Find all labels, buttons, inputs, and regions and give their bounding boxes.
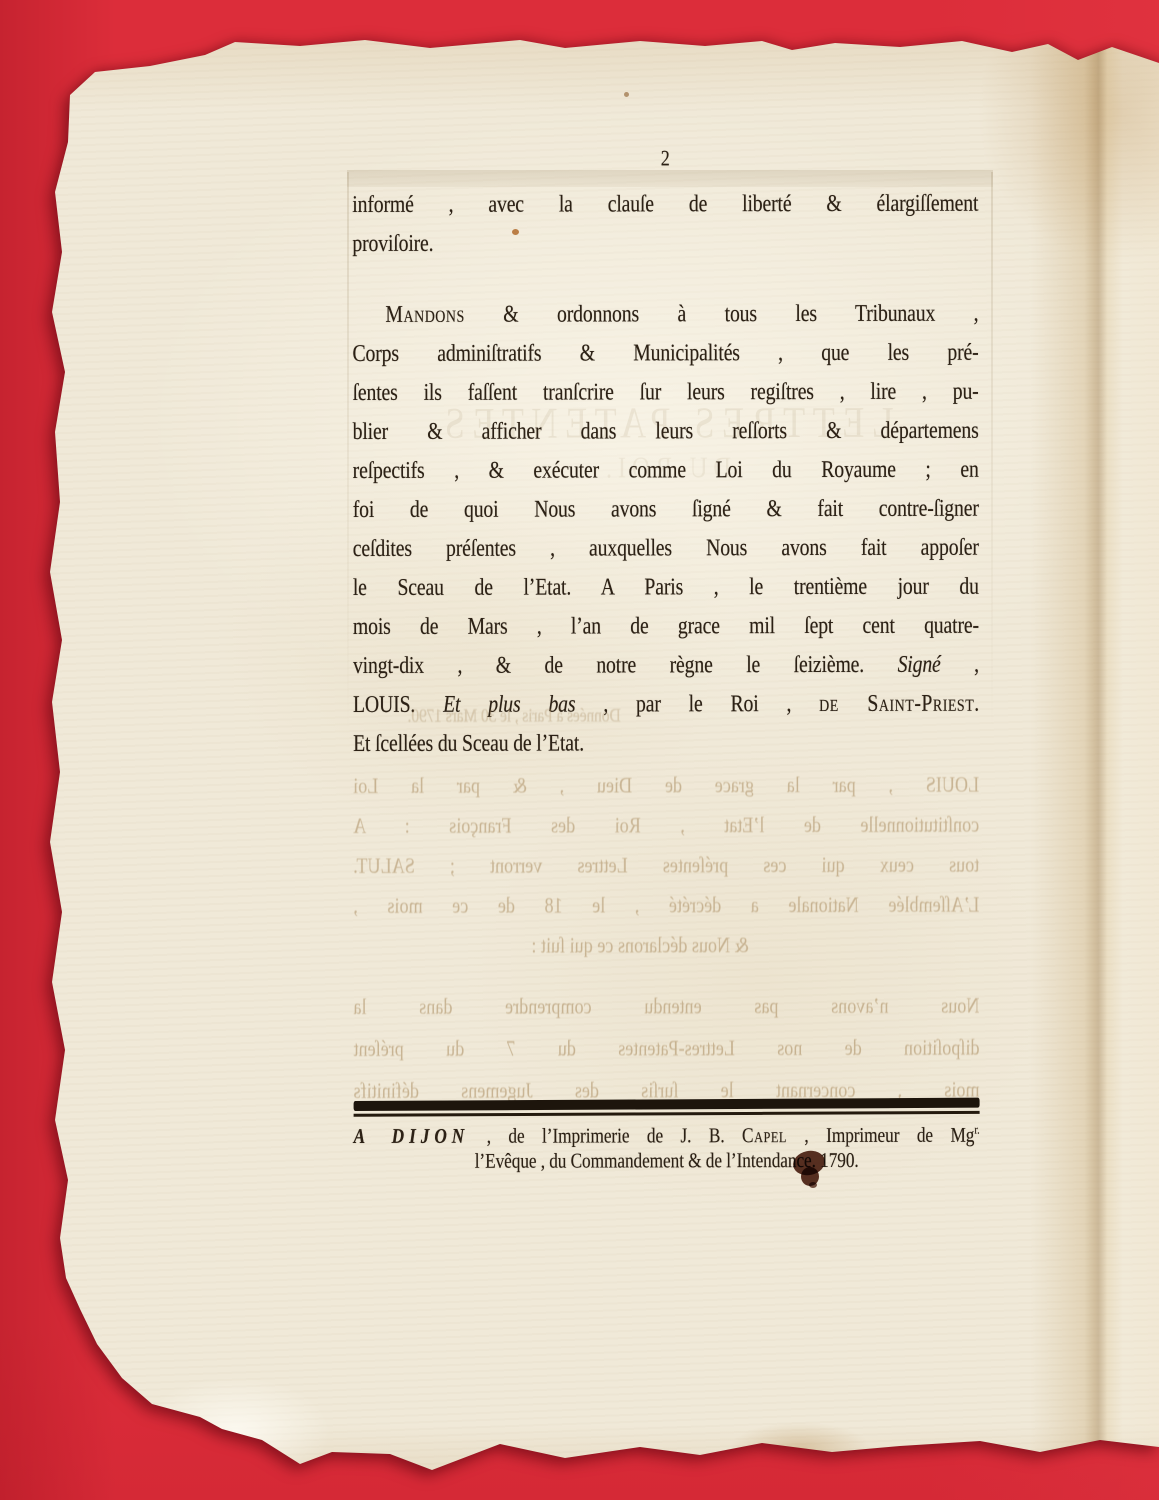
bleedthrough-line: Nous n’avons pas entendu comprendre dans…: [353, 985, 979, 1028]
body-line: vingt-dix , & de notre règne le ſeizième…: [353, 646, 979, 686]
bleedthrough-dateline: Données à Paris , le 30 Mars 1790.: [353, 705, 979, 745]
body-line: ſentes ils faſſent tranſcrire ſur leurs …: [353, 373, 979, 413]
imprint: A DIJON , de l’Imprimerie de J. B. Capel…: [354, 1123, 980, 1174]
imprint-divider-rule: [354, 1099, 980, 1116]
imprint-line: A DIJON , de l’Imprimerie de J. B. Capel…: [354, 1123, 980, 1149]
body-line: proviſoire.: [352, 224, 978, 264]
bleedthrough-line: conſtitutionnelle de l’Etat , Roi des Fr…: [353, 805, 979, 846]
body-line: Corps adminiſtratifs & Municipalités , q…: [352, 334, 978, 374]
paper-sheet-shadow-wrap: 2 informé , avec la clauſe de liberté & …: [0, 0, 1159, 1500]
body-line: blier & afficher dans leurs reſſorts & d…: [353, 412, 979, 452]
paragraph-2: Mandons & ordonnons à tous les Tribunaux…: [352, 295, 979, 764]
bleedthrough-line: & Nous déclarons ce qui ſuit :: [353, 925, 979, 966]
ink-blot: [809, 1182, 817, 1188]
bleedthrough-line: tous ceux qui ces préſentes Lettres verr…: [353, 845, 979, 886]
body-line: le Sceau de l’Etat. A Paris , le trentiè…: [353, 568, 979, 608]
bleedthrough-block-1: LOUIS , par la grace de Dieu , & par la …: [353, 765, 979, 966]
imprint-line: l’Evêque , du Commandement & de l’Intend…: [354, 1148, 980, 1174]
rule-thin-bar: [354, 1111, 980, 1117]
rust-speck: [512, 229, 519, 235]
paper-sheet: 2 informé , avec la clauſe de liberté & …: [0, 0, 1159, 1500]
body-line: foi de quoi Nous avons ſigné & fait cont…: [353, 490, 979, 530]
emboss-frame-right: [991, 172, 993, 732]
emboss-frame-left: [347, 172, 349, 732]
page-number: 2: [352, 145, 978, 172]
paper-fold-crease: [1030, 40, 1159, 1452]
bleedthrough-line: L’Aſſemblée Nationale a décrété , le 18 …: [353, 885, 979, 926]
bleedthrough-block-2: Nous n’avons pas entendu comprendre dans…: [353, 985, 979, 1112]
body-line: ceſdites préſentes , auxquelles Nous avo…: [353, 529, 979, 569]
rust-speck: [624, 92, 629, 97]
bleedthrough-line: LOUIS , par la grace de Dieu , & par la …: [353, 765, 979, 806]
body-line: informé , avec la clauſe de liberté & él…: [352, 185, 978, 225]
scanned-document-photo: { "document": { "page_number": "2", "par…: [0, 0, 1159, 1500]
paragraph-1: informé , avec la clauſe de liberté & él…: [352, 185, 978, 264]
rule-thick-bar: [354, 1098, 980, 1111]
body-line: Mandons & ordonnons à tous les Tribunaux…: [352, 295, 978, 335]
body-line: mois de Mars , l’an de grace mil ſept ce…: [353, 607, 979, 647]
body-line: reſpectifs , & exécuter comme Loi du Roy…: [353, 451, 979, 491]
bleedthrough-line: diſpoſition de nos Lettres-Patentes du 7…: [353, 1027, 979, 1070]
